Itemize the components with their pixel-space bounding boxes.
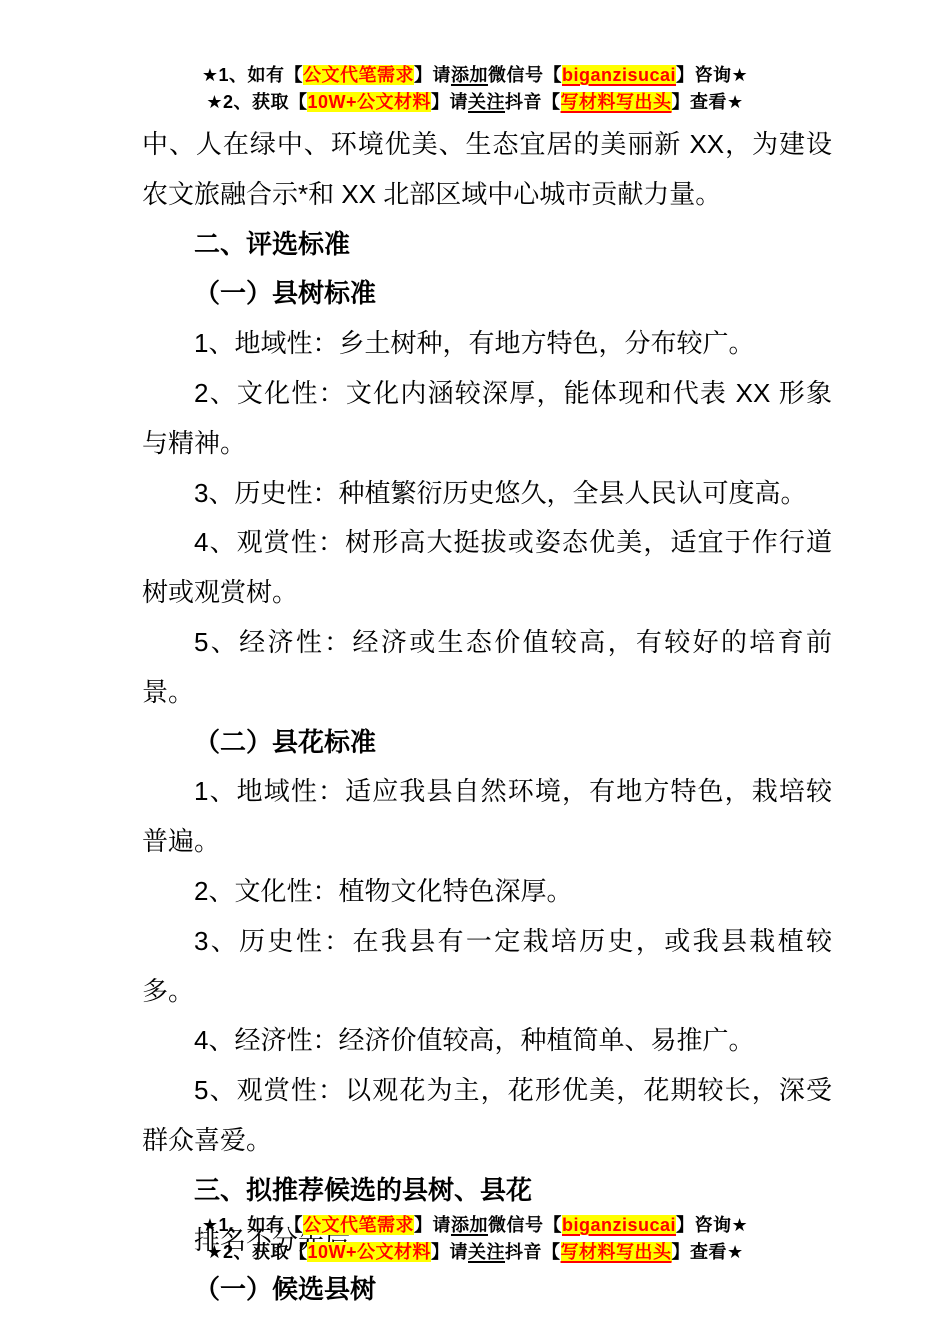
watermark-segment: 公文代笔需求 [303,65,414,85]
text-line: 与精神。 [142,419,832,469]
watermark-segment: 】查看★ [672,92,744,112]
text-line: 1、地域性：乡土树种，有地方特色，分布较广。 [142,319,832,369]
section-heading: 三、拟推荐候选的县树、县花 [142,1166,832,1216]
watermark-segment: 公文代笔需求 [303,1215,414,1235]
section-heading: （一）候选县树 [142,1265,832,1315]
text-line: 农文旅融合示*和 XX 北部区域中心城市贡献力量。 [142,170,832,220]
document-page: ★1、如有【公文代笔需求】请添加微信号【biganzisucai】咨询★★2、获… [0,0,950,1344]
paragraph: 中、人在绿中、环境优美、生态宜居的美丽新 XX，为建设农文旅融合示*和 XX 北… [142,120,832,220]
section-heading: （二）县花标准 [142,718,832,768]
text-line: 3、历史性：种植繁衍历史悠久，全县人民认可度高。 [142,469,832,519]
text-line: 树或观赏树。 [142,568,832,618]
watermark-segment: ★1、如有【 [202,65,303,85]
header-watermark: ★1、如有【公文代笔需求】请添加微信号【biganzisucai】咨询★★2、获… [0,62,950,116]
paragraph: 5、观赏性：以观花为主，花形优美，花期较长，深受群众喜爱。 [142,1066,832,1166]
watermark-segment: ★1、如有【 [202,1215,303,1235]
text-line: （二）县花标准 [142,718,832,768]
watermark-segment: 10W+公文材料 [307,92,431,112]
section-heading: （一）县树标准 [142,269,832,319]
watermark-segment: 关注 [468,1242,505,1262]
watermark-segment: 微信号【 [488,1215,562,1235]
watermark-segment: 】请 [414,65,451,85]
watermark-line: ★2、获取【10W+公文材料】请关注抖音【写材料写出头】查看★ [0,89,950,116]
watermark-segment: 】查看★ [672,1242,744,1262]
watermark-segment: 写材料写出头 [561,92,672,112]
document-body: 中、人在绿中、环境优美、生态宜居的美丽新 XX，为建设农文旅融合示*和 XX 北… [142,120,832,1315]
text-line: 三、拟推荐候选的县树、县花 [142,1166,832,1216]
watermark-segment: biganzisucai [562,1215,676,1235]
watermark-segment: 关注 [468,92,505,112]
text-line: 4、观赏性：树形高大挺拔或姿态优美，适宜于作行道 [142,518,832,568]
text-line: 2、文化性：植物文化特色深厚。 [142,867,832,917]
watermark-segment: 抖音【 [505,92,561,112]
paragraph: 2、文化性：植物文化特色深厚。 [142,867,832,917]
watermark-line: ★1、如有【公文代笔需求】请添加微信号【biganzisucai】咨询★ [0,1212,950,1239]
text-line: 1、地域性：适应我县自然环境，有地方特色，栽培较 [142,767,832,817]
paragraph: 1、地域性：乡土树种，有地方特色，分布较广。 [142,319,832,369]
watermark-segment: 】请 [431,92,468,112]
text-line: 3、历史性：在我县有一定栽培历史，或我县栽植较多。 [142,917,832,1017]
watermark-segment: 】咨询★ [676,1215,748,1235]
text-line: 群众喜爱。 [142,1116,832,1166]
text-line: 二、评选标准 [142,220,832,270]
text-line: 5、经济性：经济或生态价值较高，有较好的培育前景。 [142,618,832,718]
text-line: 普遍。 [142,817,832,867]
paragraph: 2、文化性：文化内涵较深厚，能体现和代表 XX 形象与精神。 [142,369,832,469]
watermark-segment: 微信号【 [488,65,562,85]
watermark-segment: biganzisucai [562,65,676,85]
watermark-segment: 添加 [451,1215,488,1235]
footer-watermark: ★1、如有【公文代笔需求】请添加微信号【biganzisucai】咨询★★2、获… [0,1212,950,1266]
text-line: （一）县树标准 [142,269,832,319]
watermark-segment: 10W+公文材料 [307,1242,431,1262]
text-line: 中、人在绿中、环境优美、生态宜居的美丽新 XX，为建设 [142,120,832,170]
text-line: 2、文化性：文化内涵较深厚，能体现和代表 XX 形象 [142,369,832,419]
paragraph: 5、经济性：经济或生态价值较高，有较好的培育前景。 [142,618,832,718]
watermark-segment: 】请 [414,1215,451,1235]
text-line: 4、经济性：经济价值较高，种植简单、易推广。 [142,1016,832,1066]
watermark-segment: ★2、获取【 [206,92,307,112]
watermark-line: ★2、获取【10W+公文材料】请关注抖音【写材料写出头】查看★ [0,1239,950,1266]
paragraph: 1、地域性：适应我县自然环境，有地方特色，栽培较普遍。 [142,767,832,867]
paragraph: 4、经济性：经济价值较高，种植简单、易推广。 [142,1016,832,1066]
paragraph: 4、观赏性：树形高大挺拔或姿态优美，适宜于作行道树或观赏树。 [142,518,832,618]
watermark-segment: 】请 [431,1242,468,1262]
text-line: 5、观赏性：以观花为主，花形优美，花期较长，深受 [142,1066,832,1116]
watermark-segment: ★2、获取【 [206,1242,307,1262]
paragraph: 3、历史性：在我县有一定栽培历史，或我县栽植较多。 [142,917,832,1017]
paragraph: 3、历史性：种植繁衍历史悠久，全县人民认可度高。 [142,469,832,519]
watermark-line: ★1、如有【公文代笔需求】请添加微信号【biganzisucai】咨询★ [0,62,950,89]
text-line: （一）候选县树 [142,1265,832,1315]
section-heading: 二、评选标准 [142,220,832,270]
watermark-segment: 写材料写出头 [561,1242,672,1262]
watermark-segment: 抖音【 [505,1242,561,1262]
watermark-segment: 】咨询★ [676,65,748,85]
watermark-segment: 添加 [451,65,488,85]
